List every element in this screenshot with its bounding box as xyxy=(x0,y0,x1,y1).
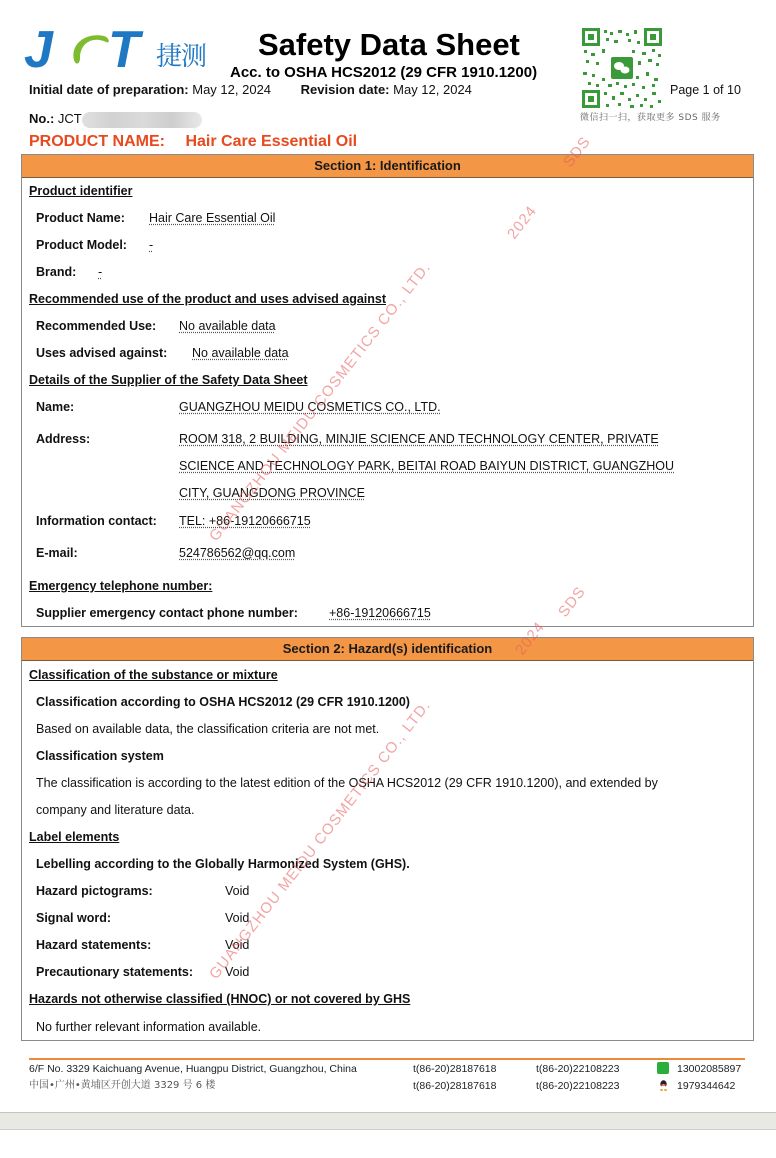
doc-no-prefix: JCT xyxy=(58,111,82,126)
company-logo: J T 捷测 xyxy=(24,24,214,76)
initial-date-value: May 12, 2024 xyxy=(192,82,271,97)
classification-system-label: Classification system xyxy=(36,748,164,764)
footer-tel-2: t(86-20)22108223 xyxy=(536,1062,619,1076)
email-value[interactable]: 524786562@qq.com xyxy=(179,546,295,560)
doc-no-label: No.: xyxy=(29,111,54,126)
section-identification: Section 1: Identification Product identi… xyxy=(21,154,754,627)
address-line-3: CITY, GUANGDONG PROVINCE xyxy=(179,486,365,500)
revision-date-value: May 12, 2024 xyxy=(393,82,472,97)
address-line-2: SCIENCE AND TECHNOLOGY PARK, BEITAI ROAD… xyxy=(179,459,674,473)
redacted-number xyxy=(82,112,202,128)
emergency-contact-value[interactable]: +86-19120666715 xyxy=(329,606,431,620)
footer-wechat-number: 13002085897 xyxy=(677,1062,741,1076)
footer-tel-1-row2: t(86-20)28187618 xyxy=(413,1079,496,1093)
product-model-value: - xyxy=(149,238,153,252)
qq-penguin-icon xyxy=(659,1080,668,1091)
document-dates: Initial date of preparation: May 12, 202… xyxy=(29,82,472,98)
wechat-icon xyxy=(657,1062,669,1074)
logo-chinese-text: 捷测 xyxy=(156,42,206,72)
qr-caption: 微信扫一扫，获取更多 SDS 服务 xyxy=(580,112,721,124)
classification-system-line-2: company and literature data. xyxy=(36,802,194,818)
classification-osha-text: Based on available data, the classificat… xyxy=(36,721,379,737)
emergency-contact-label: Supplier emergency contact phone number: xyxy=(36,605,298,621)
product-model-label: Product Model: xyxy=(36,237,127,253)
uses-advised-against-value: No available data xyxy=(192,346,289,360)
recommended-use-value: No available data xyxy=(179,319,276,333)
section-2-header: Section 2: Hazard(s) identification xyxy=(22,638,753,661)
logo-letter-t: T xyxy=(108,24,140,76)
footer-qq-number: 1979344642 xyxy=(677,1079,735,1093)
page-separator-bar xyxy=(0,1112,776,1130)
email-label: E-mail: xyxy=(36,545,78,561)
revision-date-label: Revision date: xyxy=(301,82,390,97)
document-subtitle: Acc. to OSHA HCS2012 (29 CFR 1910.1200) xyxy=(230,64,537,82)
initial-date-label: Initial date of preparation: xyxy=(29,82,189,97)
product-identifier-heading: Product identifier xyxy=(29,183,132,199)
brand-label: Brand: xyxy=(36,264,76,280)
product-name-value: Hair Care Essential Oil xyxy=(185,133,357,150)
footer-divider xyxy=(29,1058,745,1060)
uses-advised-against-label: Uses advised against: xyxy=(36,345,167,361)
logo-letter-j: J xyxy=(24,24,51,76)
footer-address-en: 6/F No. 3329 Kaichuang Avenue, Huangpu D… xyxy=(29,1062,357,1076)
document-title: Safety Data Sheet xyxy=(258,28,520,62)
hazard-statements-label: Hazard statements: xyxy=(36,937,151,953)
supplier-heading: Details of the Supplier of the Safety Da… xyxy=(29,372,308,388)
classification-system-line-1: The classification is according to the l… xyxy=(36,775,658,791)
document-number: No.: JCT xyxy=(29,111,202,128)
address-label: Address: xyxy=(36,431,90,447)
recommended-use-label: Recommended Use: xyxy=(36,318,156,334)
logo-swoosh-icon xyxy=(68,30,112,70)
section-1-header: Section 1: Identification xyxy=(22,155,753,178)
hnoc-heading: Hazards not otherwise classified (HNOC) … xyxy=(29,991,410,1007)
recommended-use-heading: Recommended use of the product and uses … xyxy=(29,291,386,307)
supplier-name-label: Name: xyxy=(36,399,74,415)
section-hazard-identification: Section 2: Hazard(s) identification Clas… xyxy=(21,637,754,1041)
footer-address-cn: 中国•广州•黄埔区开创大道 3329 号 6 楼 xyxy=(29,1079,215,1093)
classification-heading: Classification of the substance or mixtu… xyxy=(29,667,278,683)
footer-tel-1: t(86-20)28187618 xyxy=(413,1062,496,1076)
brand-value: - xyxy=(98,265,102,279)
product-name-field-value: Hair Care Essential Oil xyxy=(149,211,275,225)
page-indicator: Page 1 of 10 xyxy=(670,82,741,98)
label-elements-heading: Label elements xyxy=(29,829,119,845)
hnoc-text: No further relevant information availabl… xyxy=(36,1019,261,1035)
signal-word-value: Void xyxy=(225,910,249,926)
emergency-heading: Emergency telephone number: xyxy=(29,578,212,594)
address-line-1: ROOM 318, 2 BUILDING, MINJIE SCIENCE AND… xyxy=(179,432,659,446)
product-name-label: PRODUCT NAME: xyxy=(29,133,165,150)
signal-word-label: Signal word: xyxy=(36,910,111,926)
hazard-statements-value: Void xyxy=(225,937,249,953)
supplier-name-value: GUANGZHOU MEIDU COSMETICS CO., LTD. xyxy=(179,400,441,414)
info-contact-label: Information contact: xyxy=(36,513,157,529)
wechat-qr-code-icon[interactable] xyxy=(582,28,662,108)
classification-osha-label: Classification according to OSHA HCS2012… xyxy=(36,694,410,710)
info-contact-value[interactable]: TEL: +86-19120666715 xyxy=(179,514,311,528)
hazard-pictograms-value: Void xyxy=(225,883,249,899)
hazard-pictograms-label: Hazard pictograms: xyxy=(36,883,153,899)
precautionary-statements-label: Precautionary statements: xyxy=(36,964,193,980)
footer-tel-2-row2: t(86-20)22108223 xyxy=(536,1079,619,1093)
product-name-heading: PRODUCT NAME: Hair Care Essential Oil xyxy=(29,132,357,151)
precautionary-statements-value: Void xyxy=(225,964,249,980)
product-name-field-label: Product Name: xyxy=(36,210,125,226)
ghs-label: Lebelling according to the Globally Harm… xyxy=(36,856,410,872)
